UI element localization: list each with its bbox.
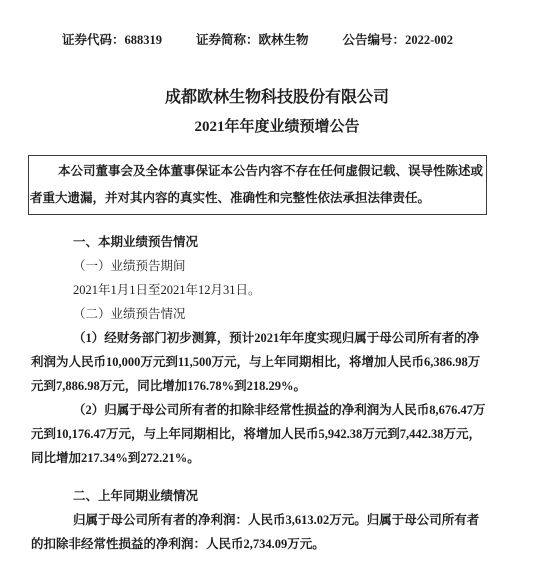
prior-year-figures: 归属于母公司所有者的净利润：人民币3,613.02万元。归属于母公司所有者的扣除… — [31, 508, 487, 556]
stock-code-label: 证券代码： — [62, 33, 125, 47]
section1-heading: 一、本期业绩预告情况 — [31, 230, 487, 254]
company-name-title: 成都欧林生物科技股份有限公司 — [0, 84, 554, 107]
forecast-item-1: （1）经财务部门初步测算，预计2021年年度实现归属于母公司所有者的净利润为人民… — [31, 326, 487, 398]
stock-name-field: 证券简称：欧林生物 — [196, 30, 309, 48]
forecast-detail-label: （二）业绩预告情况 — [31, 302, 487, 326]
document-body: 一、本期业绩预告情况 （一）业绩预告期间 2021年1月1日至2021年12月3… — [31, 230, 487, 556]
announcement-number-field: 公告编号：2022-002 — [343, 30, 453, 48]
disclaimer-text: 本公司董事会及全体董事保证本公告内容不存在任何虚假记载、误导性陈述或者重大遗漏，… — [30, 158, 485, 212]
stock-code-field: 证券代码：688319 — [62, 30, 162, 48]
announcement-page: 证券代码：688319 证券简称：欧林生物 公告编号：2022-002 成都欧林… — [0, 0, 554, 569]
disclaimer-box: 本公司董事会及全体董事保证本公告内容不存在任何虚假记载、误导性陈述或者重大遗漏，… — [28, 155, 487, 215]
announcement-title: 2021年年度业绩预增公告 — [0, 115, 554, 136]
forecast-period-label: （一）业绩预告期间 — [31, 254, 487, 278]
section2-heading: 二、上年同期业绩情况 — [31, 484, 487, 508]
forecast-item-2: （2）归属于母公司所有者的扣除非经常性损益的净利润为人民币8,676.47万元到… — [31, 398, 487, 470]
stock-name-value: 欧林生物 — [259, 33, 309, 47]
announcement-number-label: 公告编号： — [343, 33, 406, 47]
stock-code-value: 688319 — [125, 33, 163, 47]
forecast-period-value: 2021年1月1日至2021年12月31日。 — [31, 278, 487, 302]
stock-name-label: 证券简称： — [196, 33, 259, 47]
announcement-number-value: 2022-002 — [405, 33, 453, 47]
document-header: 证券代码：688319 证券简称：欧林生物 公告编号：2022-002 — [62, 30, 453, 48]
